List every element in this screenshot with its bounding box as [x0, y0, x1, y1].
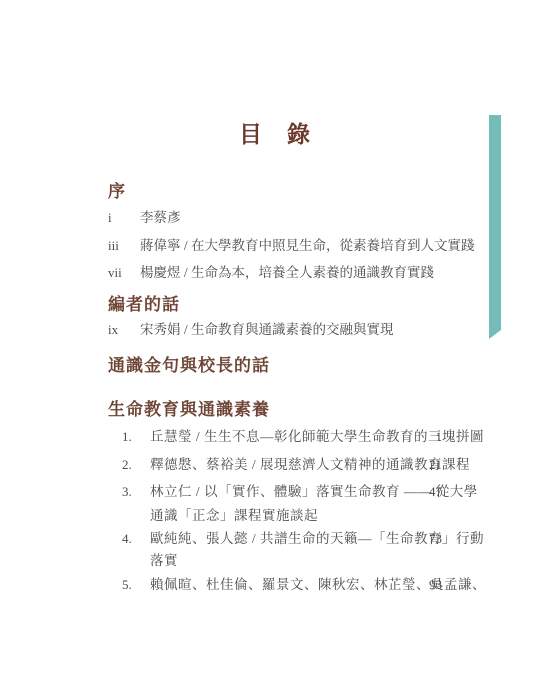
- entry-text: 賴佩暄、杜佳倫、羅景文、陳秋宏、林芷瑩、吳孟謙、: [150, 576, 442, 594]
- toc-entry: 5. 賴佩暄、杜佳倫、羅景文、陳秋宏、林芷瑩、吳孟謙、 93: [108, 576, 442, 594]
- toc-page: 目 錄 序 i 李蔡彥 iii 蔣偉寧 / 在大學教育中照見生命，從素養培育到人…: [0, 0, 536, 700]
- section-heading-editors-note: 編者的話: [108, 290, 180, 315]
- entry-text: 釋德慇、蔡裕美 / 展現慈濟人文精神的通識教育課程: [150, 456, 442, 474]
- entry-page-number: 47: [429, 483, 442, 501]
- entry-number: 1.: [122, 428, 132, 446]
- toc-content: 目 錄 序 i 李蔡彥 iii 蔣偉寧 / 在大學教育中照見生命，從素養培育到人…: [108, 0, 442, 700]
- toc-entry: ix 宋秀娟 / 生命教育與通識素養的交融與實現: [108, 321, 442, 339]
- entry-text: 落實: [150, 552, 442, 570]
- decorative-accent-bar: [489, 115, 501, 339]
- toc-entry: 3. 林立仁 / 以「實作、體驗」落實生命教育 —— 從大學 47: [108, 483, 442, 501]
- section-heading-life-education: 生命教育與通識素養: [108, 395, 270, 420]
- toc-entry: 4. 歐純純、張人懿 / 共譜生命的天籟—「生命教育」行動 73: [108, 530, 442, 548]
- entry-text: 李蔡彥: [140, 209, 442, 227]
- entry-page-roman: i: [108, 209, 112, 227]
- toc-entry: vii 楊慶煜 / 生命為本，培養全人素養的通識教育實踐: [108, 264, 442, 282]
- entry-page-number: 1: [436, 428, 443, 446]
- entry-number: 5.: [122, 576, 132, 594]
- section-heading-quotes: 通識金句與校長的話: [108, 351, 270, 376]
- entry-text: 通識「正念」課程實施談起: [150, 507, 442, 525]
- entry-page-number: 21: [429, 456, 442, 474]
- toc-entry: i 李蔡彥: [108, 209, 442, 227]
- toc-entry: 1. 丘慧瑩 / 生生不息—彰化師範大學生命教育的三塊拼圖 1: [108, 428, 442, 446]
- entry-page-roman: vii: [108, 264, 122, 282]
- entry-number: 4.: [122, 530, 132, 548]
- entry-text: 蔣偉寧 / 在大學教育中照見生命，從素養培育到人文實踐: [140, 237, 442, 255]
- entry-page-number: 93: [429, 576, 442, 594]
- entry-text: 歐純純、張人懿 / 共譜生命的天籟—「生命教育」行動: [150, 530, 442, 548]
- toc-entry-continuation: 通識「正念」課程實施談起: [108, 507, 442, 525]
- entry-page-roman: ix: [108, 321, 118, 339]
- entry-text: 楊慶煜 / 生命為本，培養全人素養的通識教育實踐: [140, 264, 442, 282]
- entry-text: 丘慧瑩 / 生生不息—彰化師範大學生命教育的三塊拼圖: [150, 428, 442, 446]
- toc-entry: 2. 釋德慇、蔡裕美 / 展現慈濟人文精神的通識教育課程 21: [108, 456, 442, 474]
- toc-entry: iii 蔣偉寧 / 在大學教育中照見生命，從素養培育到人文實踐: [108, 237, 442, 255]
- entry-number: 3.: [122, 483, 132, 501]
- entry-page-roman: iii: [108, 237, 119, 255]
- entry-page-number: 73: [429, 530, 442, 548]
- section-heading-preface: 序: [108, 177, 126, 202]
- entry-text: 林立仁 / 以「實作、體驗」落實生命教育 —— 從大學: [150, 483, 442, 501]
- entry-text: 宋秀娟 / 生命教育與通識素養的交融與實現: [140, 321, 442, 339]
- toc-entry-continuation: 落實: [108, 552, 442, 570]
- page-title: 目 錄: [108, 116, 442, 149]
- entry-number: 2.: [122, 456, 132, 474]
